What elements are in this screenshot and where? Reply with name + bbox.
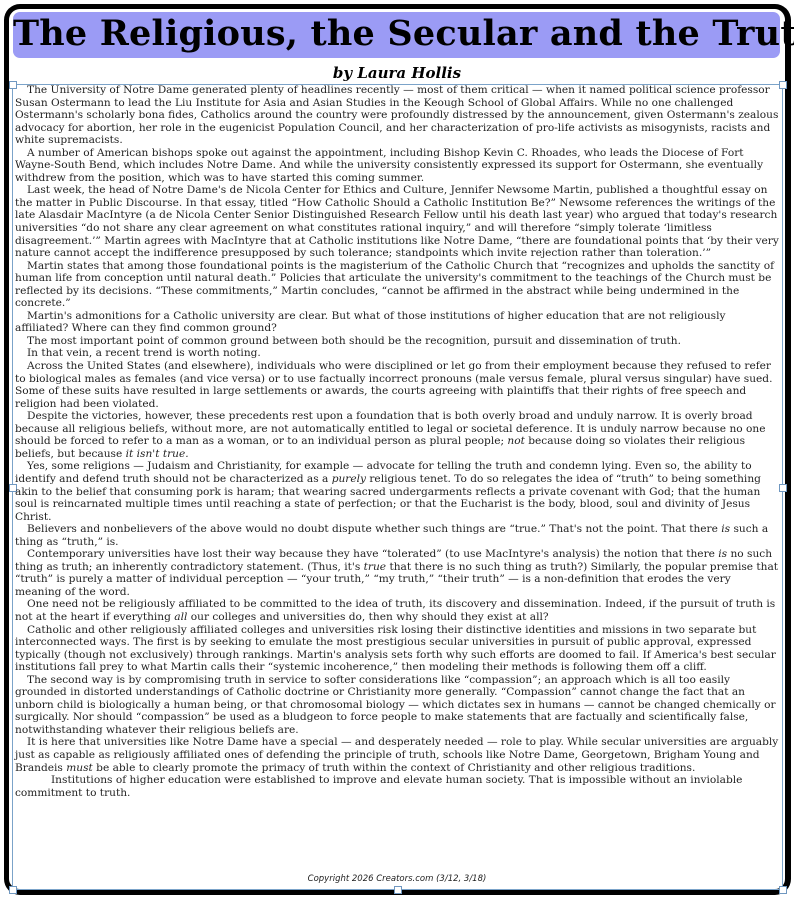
paragraph-text: our colleges and universities do, then w…	[187, 611, 548, 623]
article-paragraph: A number of American bishops spoke out a…	[15, 147, 779, 185]
italic-emphasis: it isn't true.	[126, 448, 189, 460]
italic-emphasis: is	[721, 523, 730, 535]
article-paragraph: Across the United States (and elsewhere)…	[15, 360, 779, 410]
paragraph-text: be able to clearly promote the primacy o…	[93, 762, 696, 774]
article-paragraph: Despite the victories, however, these pr…	[15, 410, 779, 460]
resize-handle-bottom-right[interactable]	[779, 886, 787, 894]
paragraph-text: Institutions of higher education were es…	[15, 774, 742, 799]
paragraph-text: Martin states that among those foundatio…	[15, 260, 774, 310]
article-title: The Religious, the Secular and the Truth	[13, 6, 780, 62]
article-paragraph: It is here that universities like Notre …	[15, 736, 779, 774]
italic-emphasis: must	[66, 762, 93, 774]
italic-emphasis: not	[507, 435, 524, 447]
paragraph-text: Martin's admonitions for a Catholic univ…	[15, 310, 725, 335]
resize-handle-middle-right[interactable]	[779, 484, 787, 492]
article-paragraph: The most important point of common groun…	[15, 335, 779, 348]
italic-emphasis: all	[174, 611, 187, 623]
article-body: The University of Notre Dame generated p…	[15, 84, 779, 799]
article-paragraph: In that vein, a recent trend is worth no…	[15, 347, 779, 360]
article-paragraph: Contemporary universities have lost thei…	[15, 548, 779, 598]
article-paragraph: The second way is by compromising truth …	[15, 674, 779, 737]
italic-emphasis: is	[718, 548, 727, 560]
article-paragraph: Martin's admonitions for a Catholic univ…	[15, 310, 779, 335]
paragraph-text: In that vein, a recent trend is worth no…	[27, 347, 261, 359]
article-paragraph: One need not be religiously affiliated t…	[15, 598, 779, 623]
paragraph-text: The University of Notre Dame generated p…	[15, 84, 778, 146]
paragraph-text: Across the United States (and elsewhere)…	[15, 360, 772, 410]
resize-handle-top-right[interactable]	[779, 81, 787, 89]
paragraph-text: Last week, the head of Notre Dame's de N…	[15, 184, 779, 259]
article-paragraph: Martin states that among those foundatio…	[15, 260, 779, 310]
paragraph-text: The most important point of common groun…	[27, 335, 681, 347]
byline: by Laura Hollis	[0, 64, 794, 82]
article-paragraph: Believers and nonbelievers of the above …	[15, 523, 779, 548]
paragraph-text: A number of American bishops spoke out a…	[15, 147, 763, 184]
article-paragraph: Catholic and other religiously affiliate…	[15, 624, 779, 674]
paragraph-text: Believers and nonbelievers of the above …	[27, 523, 721, 535]
paragraph-text: Contemporary universities have lost thei…	[27, 548, 718, 560]
resize-handle-bottom-center[interactable]	[394, 886, 402, 894]
article-paragraph: Last week, the head of Notre Dame's de N…	[15, 184, 779, 259]
resize-handle-bottom-left[interactable]	[9, 886, 17, 894]
article-paragraph: Yes, some religions — Judaism and Christ…	[15, 460, 779, 523]
italic-emphasis: true	[364, 561, 386, 573]
italic-emphasis: purely	[332, 473, 366, 485]
article-paragraph: Institutions of higher education were es…	[15, 774, 779, 799]
paragraph-text: Catholic and other religiously affiliate…	[15, 624, 776, 674]
paragraph-text: The second way is by compromising truth …	[15, 674, 776, 736]
article-paragraph: The University of Notre Dame generated p…	[15, 84, 779, 147]
copyright-line: Copyright 2026 Creators.com (3/12, 3/18)	[0, 874, 794, 884]
